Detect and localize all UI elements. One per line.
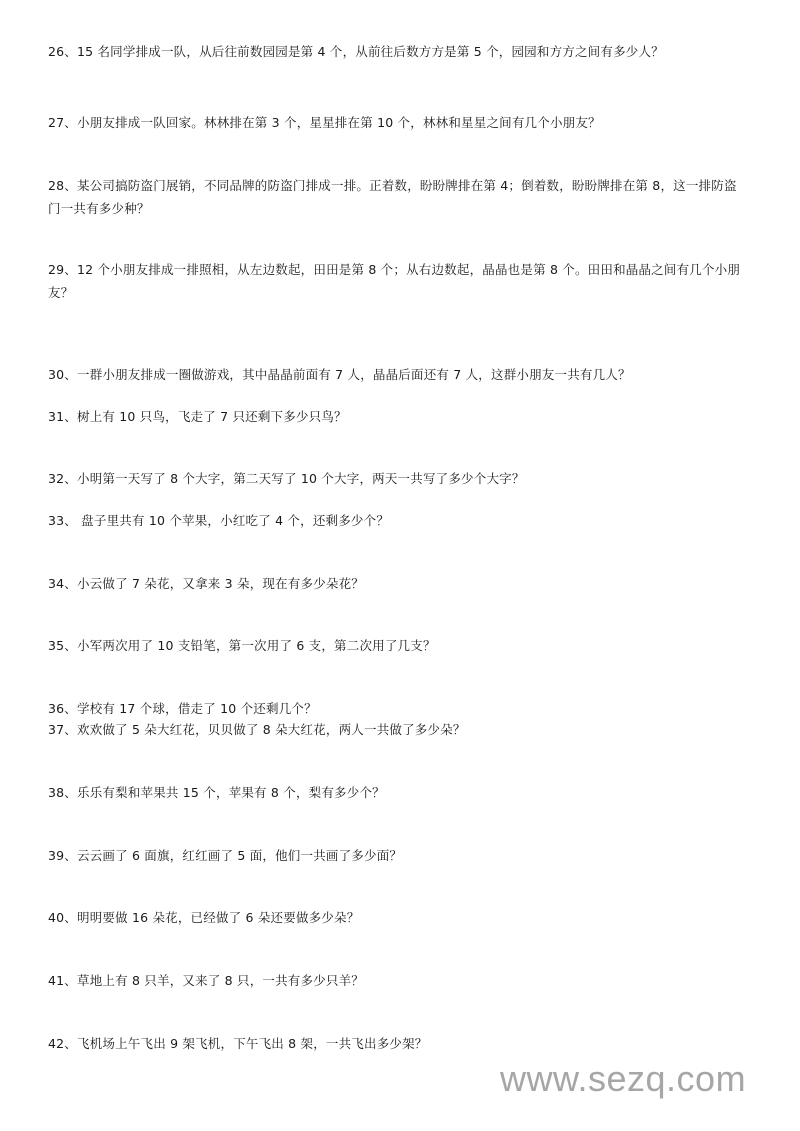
question-34: 34、小云做了 7 朵花，又拿来 3 朵，现在有多少朵花？ bbox=[48, 572, 748, 595]
watermark: www.sezq.com bbox=[500, 1058, 746, 1100]
question-28: 28、某公司搞防盗门展销，不同品牌的防盗门排成一排。正着数，盼盼牌排在第 4；倒… bbox=[48, 174, 748, 220]
question-38: 38、乐乐有梨和苹果共 15 个，苹果有 8 个，梨有多少个？ bbox=[48, 781, 748, 804]
question-31: 31、树上有 10 只鸟，飞走了 7 只还剩下多少只鸟？ bbox=[48, 405, 748, 428]
question-37: 37、欢欢做了 5 朵大红花，贝贝做了 8 朵大红花，两人一共做了多少朵？ bbox=[48, 718, 748, 741]
question-32: 32、小明第一天写了 8 个大字，第二天写了 10 个大字，两天一共写了多少个大… bbox=[48, 467, 748, 490]
question-26: 26、15 名同学排成一队，从后往前数园园是第 4 个，从前往后数方方是第 5 … bbox=[48, 40, 748, 63]
question-35: 35、小军两次用了 10 支铅笔，第一次用了 6 支，第二次用了几支？ bbox=[48, 634, 748, 657]
question-41: 41、草地上有 8 只羊，又来了 8 只，一共有多少只羊？ bbox=[48, 969, 748, 992]
question-33: 33、 盘子里共有 10 个苹果，小红吃了 4 个，还剩多少个？ bbox=[48, 509, 748, 532]
question-42: 42、飞机场上午飞出 9 架飞机，下午飞出 8 架，一共飞出多少架？ bbox=[48, 1032, 748, 1055]
question-40: 40、明明要做 16 朵花，已经做了 6 朵还要做多少朵？ bbox=[48, 906, 748, 929]
question-39: 39、云云画了 6 面旗，红红画了 5 面，他们一共画了多少面？ bbox=[48, 844, 748, 867]
question-29: 29、12 个小朋友排成一排照相，从左边数起，田田是第 8 个；从右边数起，晶晶… bbox=[48, 258, 748, 304]
question-27: 27、小朋友排成一队回家。林林排在第 3 个，星星排在第 10 个，林林和星星之… bbox=[48, 111, 748, 134]
question-36: 36、学校有 17 个球，借走了 10 个还剩几个？ bbox=[48, 697, 748, 720]
question-30: 30、一群小朋友排成一圈做游戏，其中晶晶前面有 7 人，晶晶后面还有 7 人，这… bbox=[48, 363, 748, 386]
